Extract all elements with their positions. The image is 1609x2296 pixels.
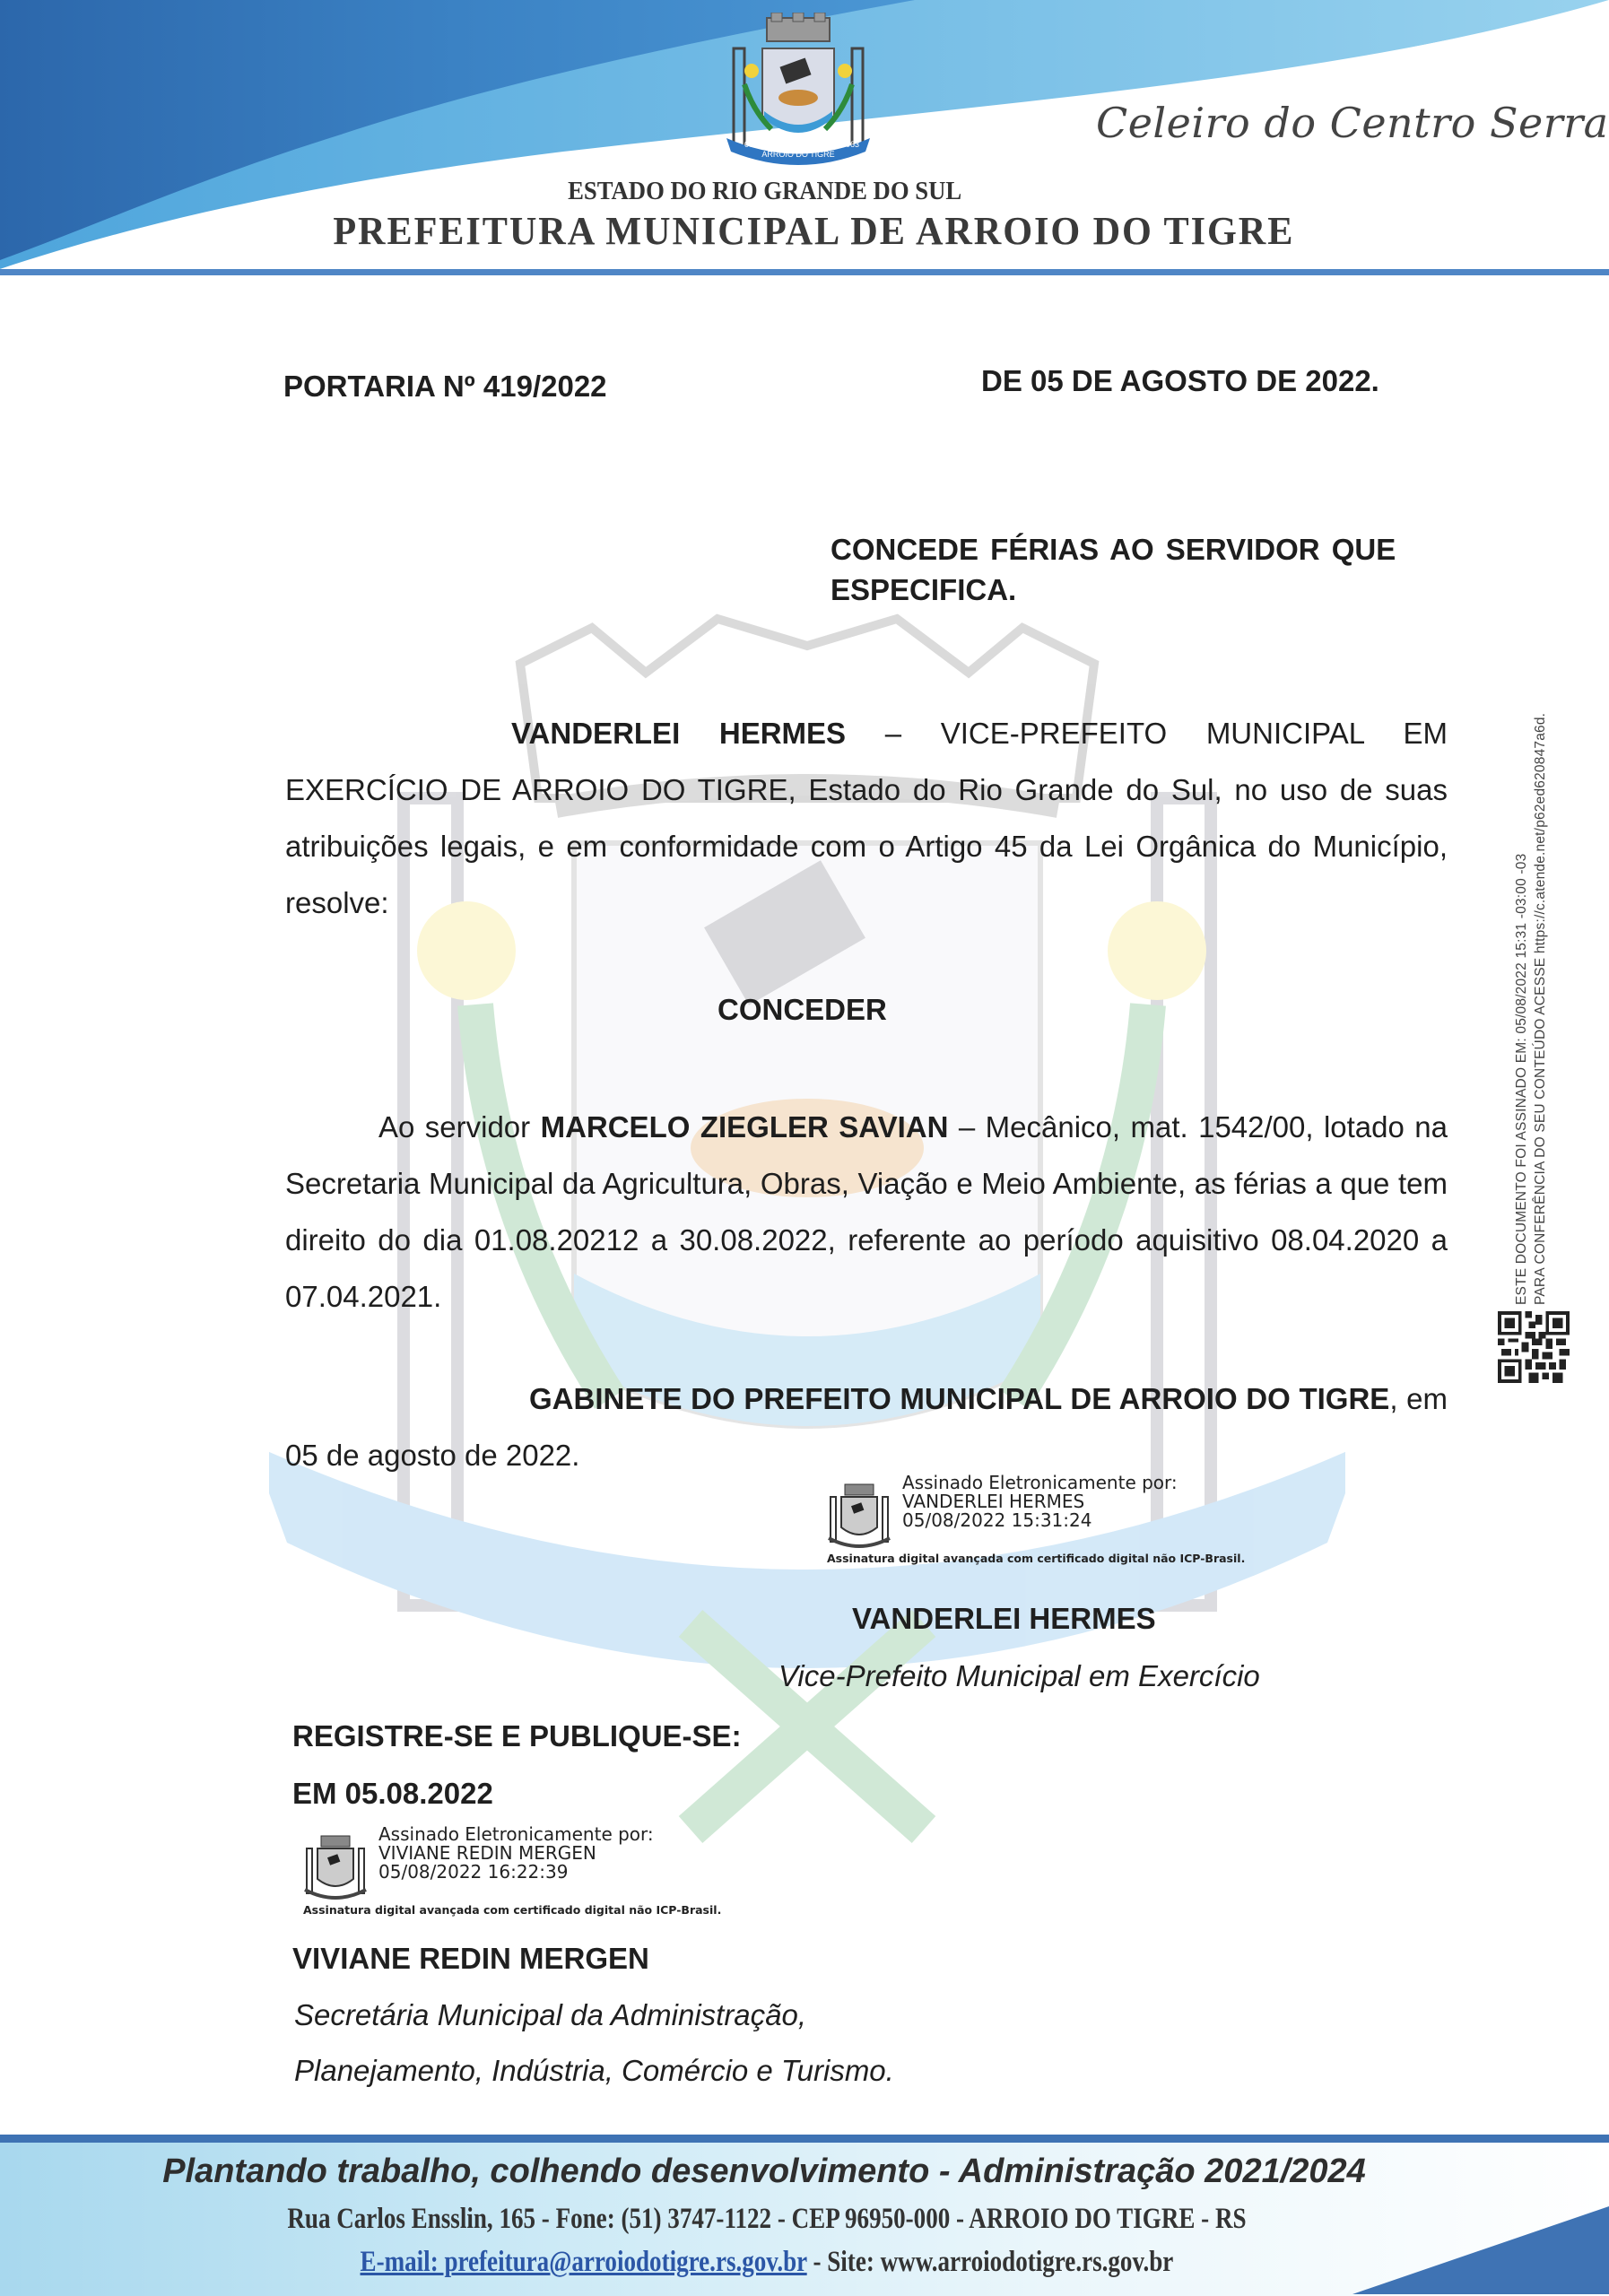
signatory-name: VANDERLEI HERMES [852,1602,1156,1636]
action-heading: CONCEDER [718,993,887,1027]
grant-paragraph: Ao servidor MARCELO ZIEGLER SAVIAN – Mec… [285,1099,1448,1325]
signatory-role-line1: Secretária Municipal da Administração, [294,1998,806,2032]
signatory-role: Vice-Prefeito Municipal em Exercício [778,1659,1260,1693]
verification-url[interactable]: PARA CONFERÊNCIA DO SEU CONTEÚDO ACESSE … [1531,713,1550,1305]
postal-address: Rua Carlos Ensslin, 165 - Fone: (51) 374… [0,2203,1609,2236]
registration-date: EM 05.08.2022 [292,1777,493,1811]
ementa: CONCEDE FÉRIAS AO SERVIDOR QUE ESPECIFIC… [831,529,1458,610]
portaria-date: DE 05 DE AGOSTO DE 2022. [981,364,1379,398]
signature-timestamp: 05/08/2022 15:31:24 [902,1511,1178,1530]
signature-timestamp: 05/08/2022 16:22:39 [378,1863,654,1882]
registration-clause: REGISTRE-SE E PUBLIQUE-SE: [292,1719,742,1753]
crest-seal-icon [303,1834,368,1902]
qr-code-icon[interactable] [1498,1311,1570,1383]
portaria-document: PORTARIA Nº 419/2022 DE 05 DE AGOSTO DE … [0,0,1609,2296]
verification-text: ESTE DOCUMENTO FOI ASSINADO EM: 05/08/20… [1512,713,1550,1305]
contact-line: E-mail: prefeitura@arroiodotigre.rs.gov.… [0,2246,1609,2279]
signatory-name: VIVIANE REDIN MERGEN [292,1942,649,1976]
site-link[interactable]: Site: www.arroiodotigre.rs.gov.br [827,2246,1173,2278]
signatory-role-line2: Planejamento, Indústria, Comércio e Turi… [294,2054,894,2088]
signature-certificate-note: Assinatura digital avançada com certific… [827,1551,1248,1566]
employee-name: MARCELO ZIEGLER SAVIAN [541,1110,949,1144]
administration-slogan: Plantando trabalho, colhendo desenvolvim… [0,2152,1609,2191]
signer-name: VIVIANE REDIN MERGEN [378,1844,654,1863]
email-link[interactable]: E-mail: prefeitura@arroiodotigre.rs.gov.… [360,2246,806,2278]
preamble-paragraph: VANDERLEI HERMES – VICE-PREFEITO MUNICIP… [285,705,1448,931]
closing-paragraph: GABINETE DO PREFEITO MUNICIPAL DE ARROIO… [285,1370,1448,1483]
crest-seal-icon [827,1483,891,1551]
portaria-number: PORTARIA Nº 419/2022 [283,370,607,404]
signature-certificate-note: Assinatura digital avançada com certific… [303,1902,725,1918]
signer-name: VANDERLEI HERMES [902,1492,1178,1511]
preamble-authority-name: VANDERLEI HERMES [511,717,846,750]
letterhead-footer: Plantando trabalho, colhendo desenvolvim… [0,2135,1609,2296]
